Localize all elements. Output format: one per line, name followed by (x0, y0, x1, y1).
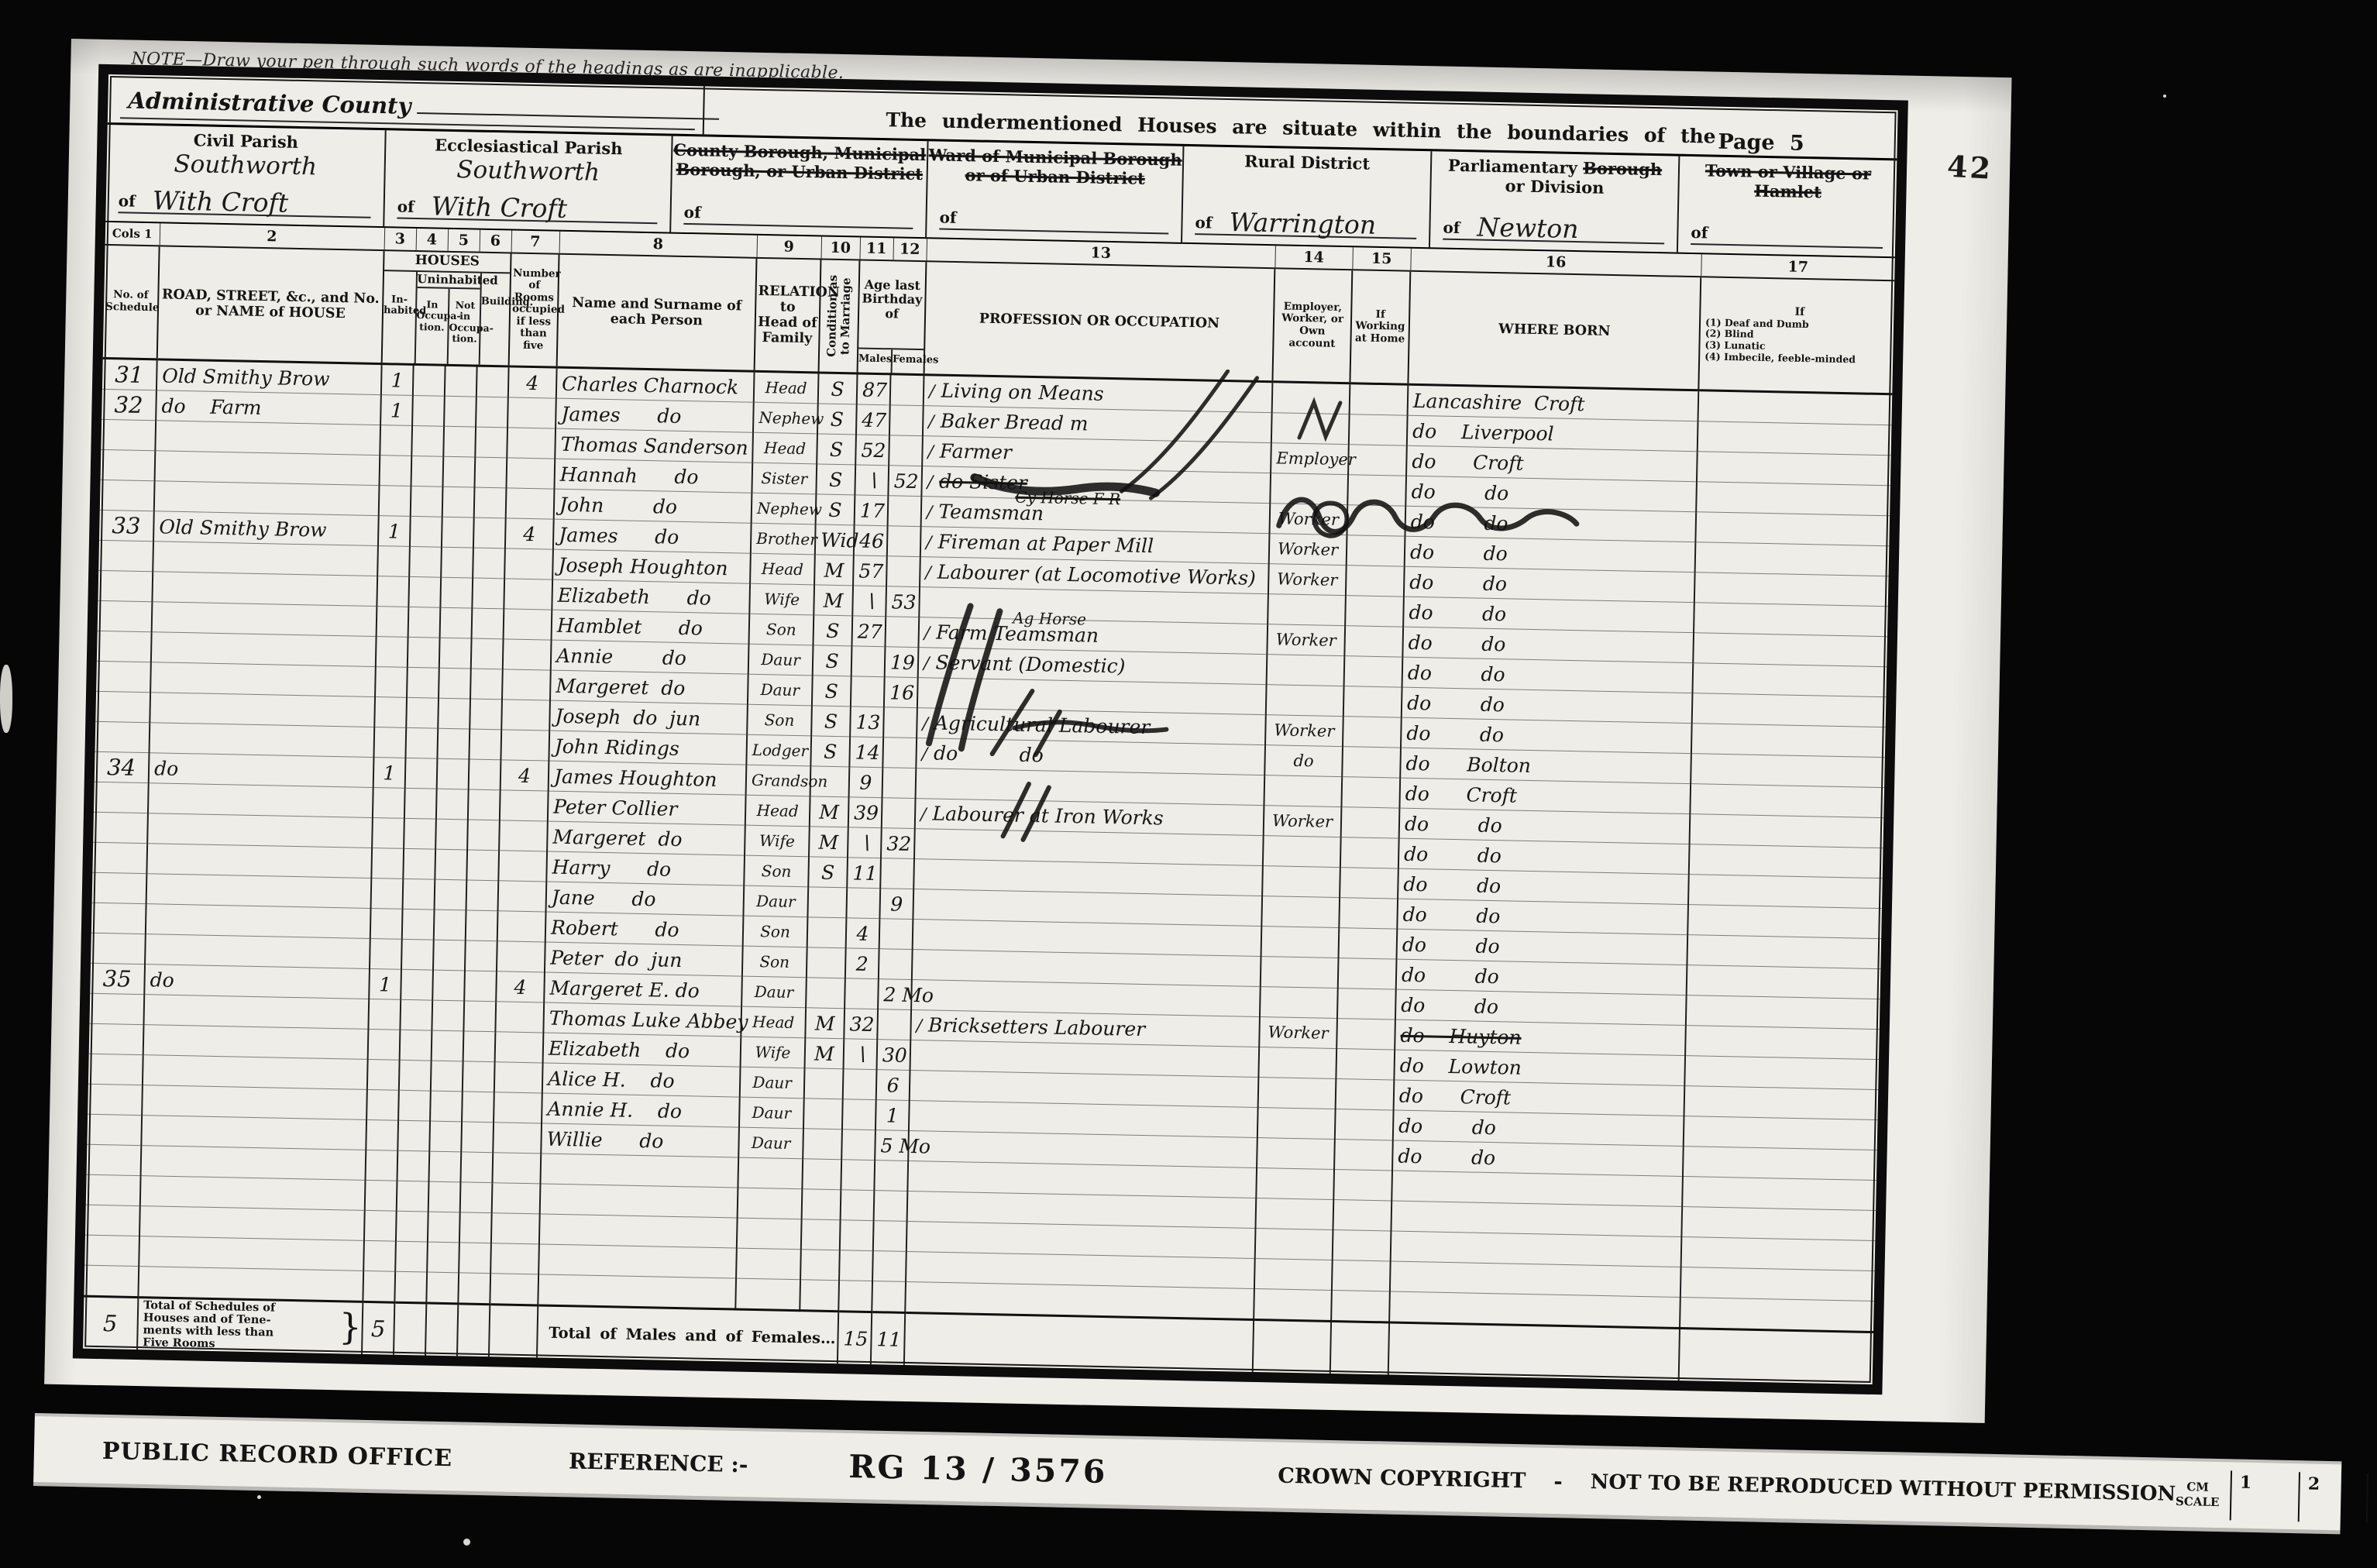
cell-infirmity (1688, 875, 1883, 909)
district-handwritten-value: Southworth (106, 149, 384, 182)
header-age: Age last Birthday of (858, 260, 925, 349)
cell-in-occupation (405, 758, 438, 789)
scan-artifact (257, 1495, 261, 1499)
brace-glyph: } (339, 1307, 362, 1346)
cell-working-at-home (1340, 837, 1399, 868)
cell-rooms (504, 579, 552, 610)
cell-relation (738, 1188, 803, 1219)
cell-relation: Daur (741, 976, 807, 1008)
district-box: County Borough, MunicipalBorough, or Urb… (671, 136, 928, 238)
cell-road (145, 934, 370, 969)
cell-infirmity (1684, 1056, 1879, 1090)
cell-age-female: 32 (881, 828, 915, 859)
cell-employer (1258, 1078, 1336, 1109)
cell-name: Elizabeth do (543, 1033, 741, 1067)
header-not-in-occupation: Not in Occupa-tion. (449, 289, 481, 365)
cell-not-in-occupation (429, 1121, 462, 1152)
cell-relation: Son (748, 614, 814, 645)
header-profession: PROFESSION OR OCCUPATION (924, 261, 1275, 382)
cell-inhabited (370, 908, 403, 939)
cm-scale-mark: 3 (2368, 1473, 2377, 1525)
cell-age-female: 30 (877, 1040, 911, 1071)
cell-inhabited: 1 (369, 968, 401, 999)
occupation-annotation: Cy Horse F R (1015, 490, 1120, 507)
total-males-females-label: Total of Males and of Females… (537, 1305, 838, 1363)
cell-employer: Worker (1267, 624, 1345, 656)
cell-schedule (95, 691, 150, 722)
cell-name: John Ridings (549, 731, 747, 765)
cell-working-at-home (1346, 566, 1405, 597)
cell-employer: Worker (1265, 715, 1343, 747)
cell-age-female (873, 1221, 907, 1252)
cell-age-female (872, 1251, 906, 1282)
cell-in-occupation (411, 456, 443, 487)
cell-road: do Farm (156, 390, 381, 425)
cell-not-in-occupation (439, 668, 471, 699)
cell-in-occupation (403, 879, 435, 910)
cell-age-female (879, 919, 913, 950)
cell-inhabited (366, 1089, 399, 1120)
cell-relation: Son (747, 704, 812, 736)
cell-name: Harry do (546, 851, 745, 885)
cell-in-occupation (401, 969, 433, 1000)
cm-scale-label: CM SCALE (2176, 1480, 2220, 1510)
cell-working-at-home (1349, 414, 1408, 445)
administrative-county-label: Administrative County (128, 87, 411, 119)
cell-condition: M (809, 827, 848, 858)
cell-infirmity (1685, 1026, 1880, 1060)
cell-schedule (93, 812, 148, 843)
cell-road (152, 572, 377, 607)
cell-age-male: 11 (847, 858, 881, 889)
cell-condition (802, 1159, 841, 1190)
pro-office-label: PUBLIC RECORD OFFICE (102, 1437, 453, 1471)
cell-age-male: 2 (845, 948, 879, 979)
cell-in-occupation (399, 1060, 432, 1091)
header-females: Females (893, 349, 926, 373)
cell-infirmity (1695, 512, 1890, 546)
cell-rooms (495, 1002, 544, 1033)
cell-in-occupation (400, 999, 432, 1030)
cell-road (141, 1116, 366, 1150)
cell-inhabited (371, 878, 404, 909)
cell-relation: Head (750, 553, 815, 585)
cell-relation: Brother (751, 523, 816, 555)
cell-employer (1255, 1228, 1333, 1260)
cell-not-in-occupation (440, 577, 473, 608)
cell-working-at-home (1350, 383, 1409, 415)
cell-rooms (501, 700, 550, 731)
cell-employer (1254, 1288, 1332, 1321)
cell-working-at-home (1343, 717, 1402, 748)
cell-name: Annie H. do (542, 1093, 740, 1127)
empty-cell (1679, 1329, 1873, 1385)
cell-relation: Head (745, 795, 810, 827)
cell-rooms (494, 1062, 543, 1093)
scan-artifact (2163, 95, 2166, 98)
cell-infirmity (1694, 573, 1889, 607)
cell-rooms (497, 911, 546, 942)
cell-working-at-home (1331, 1290, 1390, 1322)
cell-rooms (504, 548, 553, 579)
cell-building (476, 397, 508, 428)
cell-building (475, 427, 507, 458)
cell-name: Charles Charnock (556, 367, 755, 402)
cell-rooms (499, 820, 548, 851)
cell-not-in-occupation (427, 1242, 459, 1273)
cell-rooms (507, 397, 556, 428)
district-label: Rural District (1184, 151, 1430, 175)
cell-not-in-occupation (442, 456, 475, 487)
empty-cell (1330, 1321, 1389, 1374)
cell-road (140, 1176, 366, 1211)
cell-relation: Son (744, 855, 809, 887)
cell-schedule (84, 1265, 139, 1297)
cell-road (154, 481, 380, 516)
cell-condition: S (813, 615, 852, 646)
cell-working-at-home (1344, 656, 1403, 687)
cell-name: Jane do (546, 882, 745, 916)
cell-infirmity (1696, 482, 1890, 516)
cell-road (152, 602, 377, 637)
cell-name: Alice H. do (542, 1063, 741, 1097)
cell-name: Hannah do (554, 459, 752, 493)
cell-building (461, 1122, 494, 1153)
cell-employer: Worker (1264, 806, 1342, 837)
cell-working-at-home (1333, 1170, 1392, 1201)
cell-name: Annie do (551, 640, 749, 674)
empty-cell (1253, 1319, 1331, 1373)
cell-age-female: 52 (888, 466, 922, 497)
cell-inhabited (368, 1029, 401, 1060)
cell-in-occupation (397, 1181, 429, 1212)
district-box: Rural DistrictofWarrington (1182, 146, 1432, 247)
cell-infirmity (1680, 1298, 1874, 1332)
cell-age-female (874, 1191, 908, 1222)
cell-name: John do (554, 489, 752, 523)
cell-infirmity (1684, 1116, 1878, 1150)
cell-age-male: ∖ (852, 586, 886, 617)
cell-building (470, 669, 503, 700)
cell-age-male: ∖ (855, 465, 889, 496)
cell-infirmity (1698, 390, 1893, 425)
cell-in-occupation (397, 1120, 430, 1151)
cell-name: Willie do (541, 1123, 739, 1157)
cell-working-at-home (1334, 1140, 1393, 1171)
cell-employer (1264, 775, 1342, 807)
cell-road (150, 693, 375, 727)
cell-building (459, 1212, 492, 1243)
cell-inhabited (365, 1180, 397, 1211)
cell-inhabited (380, 456, 412, 487)
cell-rooms (493, 1123, 542, 1154)
cell-rooms (494, 1092, 542, 1123)
cell-schedule (87, 1114, 142, 1145)
cell-relation: Son (742, 946, 807, 978)
cell-age-female (886, 556, 920, 587)
of-blank-line: ofNewton (1443, 206, 1665, 245)
cell-inhabited (367, 1059, 400, 1090)
col-number: 5 (448, 229, 480, 253)
district-label: Ward of Municipal Boroughor of Urban Dis… (927, 146, 1182, 189)
col-number: 3 (384, 228, 417, 251)
cell-condition (803, 1099, 843, 1130)
cell-relation: Wife (745, 825, 810, 857)
cell-working-at-home (1348, 445, 1407, 476)
cell-employer (1271, 413, 1350, 445)
col-number: 15 (1352, 247, 1411, 270)
cell-rooms (501, 730, 549, 761)
cell-in-occupation (404, 788, 437, 819)
cell-building (465, 940, 497, 971)
cell-condition (803, 1129, 842, 1160)
census-table: Cols 1 2 3 4 5 6 7 8 9 10 11 12 13 14 15… (83, 222, 1895, 1384)
cell-age-male: 32 (844, 1009, 878, 1040)
cell-in-occupation (404, 818, 436, 849)
cell-age-female (877, 1009, 911, 1040)
cell-working-at-home (1335, 1109, 1394, 1140)
header-where-born: WHERE BORN (1408, 271, 1701, 390)
occupation-annotation: Ag Horse (1013, 610, 1086, 628)
cell-infirmity (1687, 905, 1882, 939)
cell-infirmity (1692, 663, 1887, 697)
cell-rooms (498, 851, 547, 882)
cell-schedule (89, 993, 144, 1024)
cell-not-in-occupation (438, 698, 470, 729)
total-inhabited: 5 (362, 1302, 394, 1354)
cell-rooms (504, 609, 552, 640)
empty-cell (425, 1303, 458, 1356)
cell-in-occupation (405, 727, 438, 758)
col-number: 11 (859, 237, 893, 260)
cell-building (471, 638, 504, 669)
cell-inhabited (379, 486, 411, 517)
cell-building (467, 820, 500, 851)
cell-rooms (490, 1274, 538, 1305)
cell-age-female (882, 768, 917, 799)
cell-relation: Wife (749, 583, 814, 615)
cell-in-occupation (412, 395, 445, 426)
cell-schedule: 34 (95, 751, 150, 782)
cell-schedule (100, 480, 155, 511)
cell-schedule: 31 (102, 358, 157, 390)
cell-infirmity (1695, 542, 1890, 576)
district-box: Town or Village or Hamletof (1678, 156, 1897, 257)
cell-road (150, 723, 375, 758)
census-page-scan: 42 Administrative County The undermentio… (44, 39, 2011, 1423)
cell-age-female: 53 (886, 586, 920, 617)
cell-road (139, 1236, 364, 1271)
cell-inhabited (370, 938, 402, 969)
cell-name (538, 1274, 736, 1309)
cell-not-in-occupation (428, 1212, 460, 1243)
cell-working-at-home (1341, 777, 1400, 808)
cell-not-in-occupation (432, 1000, 464, 1031)
total-females: 11 (871, 1312, 905, 1365)
cell-building (470, 699, 502, 730)
cell-in-occupation (403, 848, 435, 879)
cell-age-female (879, 949, 913, 980)
cell-inhabited (363, 1240, 396, 1271)
cell-not-in-occupation (440, 607, 473, 638)
cell-road (146, 844, 372, 879)
cell-relation: Grandson (746, 765, 811, 796)
district-handwritten-value: Warrington (1229, 207, 1376, 240)
cell-working-at-home (1339, 898, 1398, 929)
cell-schedule (98, 600, 153, 631)
cell-employer (1261, 957, 1339, 989)
of-blank-line: ofWith Croft (397, 184, 658, 224)
cell-road (148, 783, 373, 818)
header-building: Building. (480, 273, 513, 365)
scan-artifact (0, 665, 12, 733)
cell-condition: M (810, 796, 849, 827)
cell-age-female: 2 Mo (878, 979, 912, 1010)
cell-inhabited (376, 637, 408, 668)
cell-schedule (85, 1205, 140, 1236)
cell-in-occupation (397, 1150, 429, 1181)
cell-not-in-occupation (443, 426, 476, 457)
district-label: Parliamentary Boroughor Division (1431, 156, 1678, 199)
district-label: Town or Village or Hamlet (1679, 161, 1897, 204)
cell-infirmity (1687, 935, 1881, 969)
cell-rooms (495, 1032, 544, 1063)
cell-building (472, 578, 504, 609)
cell-condition: S (818, 373, 858, 404)
administrative-county: Administrative County (108, 74, 705, 134)
cell-building (468, 789, 501, 820)
cell-not-in-occupation (444, 396, 476, 427)
cell-rooms (502, 669, 551, 700)
totals-label: Total of Schedules of Houses and of Tene… (137, 1298, 363, 1354)
cell-infirmity (1689, 844, 1883, 879)
cell-name: Robert do (545, 912, 744, 946)
cell-inhabited (366, 1150, 398, 1181)
cell-working-at-home (1340, 868, 1398, 899)
cell-working-at-home (1343, 686, 1402, 717)
cell-working-at-home (1333, 1229, 1391, 1260)
cell-condition (807, 947, 846, 978)
cell-not-in-occupation (435, 819, 468, 850)
cell-schedule: 33 (99, 510, 154, 541)
cell-not-in-occupation (430, 1091, 463, 1122)
cell-employer (1272, 382, 1350, 414)
district-handwritten-value: With Croft (152, 185, 288, 218)
cell-condition (802, 1189, 841, 1220)
cell-employer: do (1264, 745, 1343, 777)
cell-schedule (86, 1174, 141, 1205)
total-schedules: 5 (83, 1296, 138, 1350)
district-handwritten-value: With Croft (431, 191, 567, 224)
cell-building (463, 1061, 495, 1092)
district-handwritten-value: Newton (1477, 211, 1579, 244)
reference-number: RG 13 / 3576 (848, 1448, 1108, 1491)
empty-cell (489, 1305, 538, 1358)
cell-relation (737, 1218, 802, 1250)
cell-name: Joseph Houghton (552, 549, 751, 583)
folio-stamp: 42 (1946, 149, 1993, 186)
cell-infirmity (1690, 784, 1884, 818)
cell-inhabited (374, 697, 407, 728)
cell-working-at-home (1336, 1049, 1395, 1080)
cell-age-male (841, 1190, 875, 1221)
cell-infirmity (1686, 995, 1880, 1030)
cell-relation: Head (741, 1006, 806, 1038)
cell-schedule: 32 (101, 389, 157, 420)
cell-infirmity (1683, 1147, 1877, 1181)
cell-working-at-home (1341, 807, 1400, 838)
cell-inhabited (368, 999, 401, 1030)
cell-employer (1261, 927, 1340, 958)
cell-age-female (889, 435, 923, 466)
cell-condition: M (814, 555, 854, 586)
cell-road (142, 1085, 367, 1120)
cell-not-in-occupation (428, 1151, 461, 1182)
cell-inhabited (371, 848, 404, 879)
cell-road (141, 1146, 366, 1181)
cell-condition: S (816, 464, 855, 495)
cell-not-in-occupation (436, 789, 469, 820)
cell-employer (1267, 655, 1345, 686)
cell-age-male: 39 (848, 797, 882, 828)
cell-name: Elizabeth do (552, 579, 750, 614)
cell-road (155, 451, 380, 486)
of-blank-line: ofWith Croft (118, 179, 371, 218)
cell-infirmity (1693, 633, 1887, 667)
cm-scale-mark: 2 (2300, 1472, 2368, 1523)
cell-condition: S (817, 434, 856, 465)
header-infirmity: If (1) Deaf and Dumb (2) Blind (3) Lunat… (1698, 277, 1894, 394)
cell-in-occupation (411, 425, 444, 456)
cell-schedule (96, 661, 151, 692)
cell-not-in-occupation (439, 638, 472, 669)
cell-building (460, 1182, 493, 1213)
cell-infirmity (1697, 452, 1891, 486)
cell-not-in-occupation (437, 758, 470, 789)
cell-inhabited (377, 546, 410, 577)
cell-relation: Lodger (746, 734, 811, 766)
cell-building (462, 1092, 494, 1123)
cell-building (466, 850, 499, 881)
cell-relation: Son (743, 916, 808, 947)
cell-in-occupation (406, 697, 439, 728)
cell-employer: Worker (1268, 564, 1347, 596)
cell-relation: Daur (738, 1127, 803, 1159)
cell-road (153, 542, 378, 576)
cell-rooms (507, 428, 556, 459)
cell-name: James do (556, 398, 754, 432)
header-in-occupation: In Occupa-tion. (415, 288, 449, 364)
cell-in-occupation (407, 667, 439, 698)
cell-age-male: 9 (849, 767, 883, 798)
cell-rooms: 4 (501, 760, 549, 791)
cell-name: Margeret do (550, 670, 748, 704)
cell-in-occupation (395, 1241, 428, 1272)
cell-age-male: 17 (855, 495, 889, 526)
cell-relation (736, 1248, 801, 1280)
cell-age-female (889, 405, 924, 436)
cell-age-female (872, 1281, 906, 1313)
cell-relation: Daur (740, 1067, 805, 1099)
cell-relation: Daur (748, 644, 814, 676)
cell-condition: S (813, 645, 852, 676)
cell-rooms (497, 941, 545, 972)
cell-employer (1257, 1138, 1335, 1170)
cell-name: Thomas Sanderson (555, 428, 753, 462)
cell-age-female: 16 (884, 677, 918, 708)
cell-road (139, 1206, 365, 1241)
cell-not-in-occupation (435, 879, 467, 910)
